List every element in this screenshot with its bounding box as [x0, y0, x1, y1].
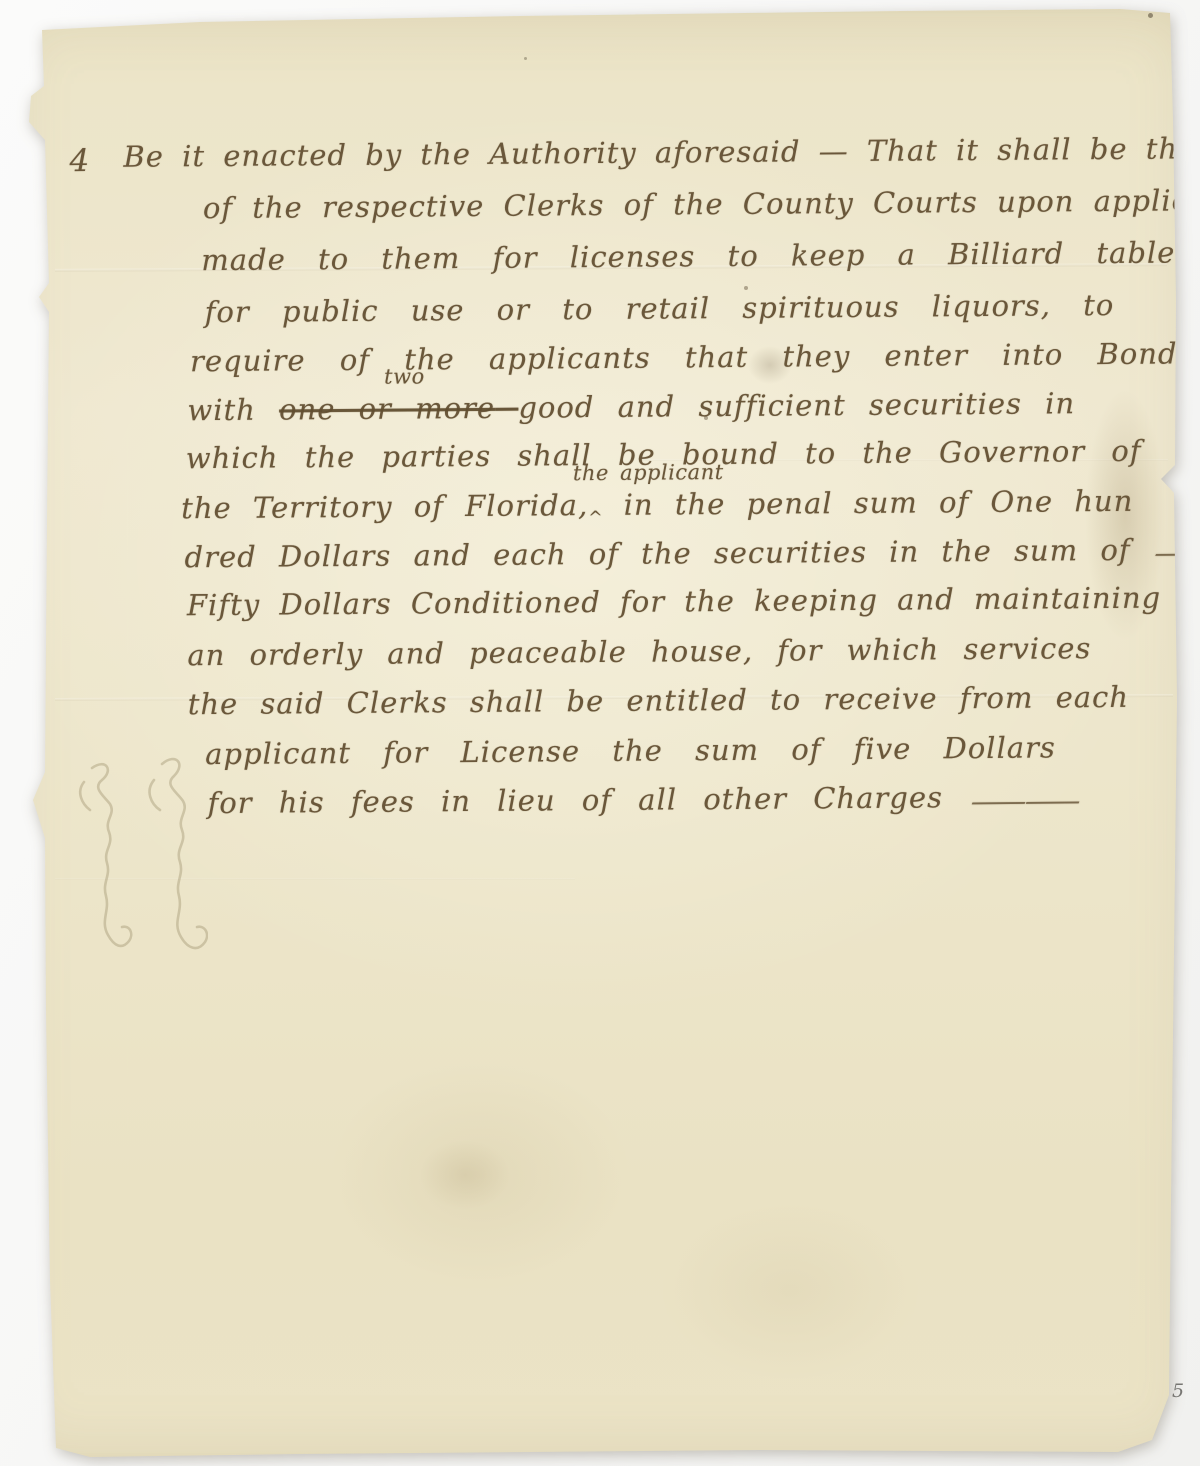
document-scan: 4 Be it enacted by the Authority aforesa… — [0, 0, 1200, 1466]
struck-out-words: one or more two — [279, 391, 519, 427]
manuscript-line: for public use or to retail spirituous l… — [205, 286, 1115, 331]
line-text: dred Dollars and each of the securities … — [184, 533, 1130, 574]
line-text: with — [187, 393, 256, 428]
manuscript-line: of the respective Clerks of the County C… — [203, 181, 1200, 227]
interlinear-insertion: two — [384, 365, 425, 387]
manuscript-paper: 4 Be it enacted by the Authority aforesa… — [0, 0, 1200, 1466]
manuscript-line: dred Dollars and each of the securities … — [184, 530, 1179, 576]
caret-mark: ^ — [588, 508, 602, 528]
manuscript-line-with-correction: with one or more two good and sufficient… — [187, 384, 1075, 429]
flourish-dash: —— — [969, 781, 1077, 820]
manuscript-line: for his fees in lieu of all other Charge… — [207, 778, 1023, 822]
section-number: 4 — [69, 142, 89, 180]
line-text: for his fees in lieu of all other Charge… — [207, 780, 943, 820]
page-number: 5 — [1172, 1380, 1184, 1402]
interlinear-insertion: the applicant — [573, 461, 724, 484]
manuscript-line: Be it enacted by the Authority aforesaid… — [123, 129, 1200, 176]
manuscript-line: made to them for licenses to keep a Bill… — [201, 233, 1175, 279]
handwriting-layer: 4 Be it enacted by the Authority aforesa… — [0, 0, 1200, 1466]
manuscript-line: Fifty Dollars Conditioned for the keepin… — [187, 579, 1161, 625]
manuscript-line: require of the applicants that they ente… — [190, 334, 1194, 380]
paper-sheet-shadow: 4 Be it enacted by the Authority aforesa… — [0, 0, 1200, 1466]
line-text: good and sufficient securities in — [518, 386, 1075, 424]
manuscript-line: applicant for License the sum of five Do… — [205, 728, 1056, 773]
manuscript-line: an orderly and peaceable house, for whic… — [187, 629, 1091, 674]
line-text: in the penal sum of One hun — [624, 484, 1134, 522]
flourish-dash: — — [1153, 533, 1200, 572]
manuscript-line: the said Clerks shall be entitled to rec… — [188, 678, 1130, 723]
line-text: the Territory of Florida, — [181, 488, 588, 525]
